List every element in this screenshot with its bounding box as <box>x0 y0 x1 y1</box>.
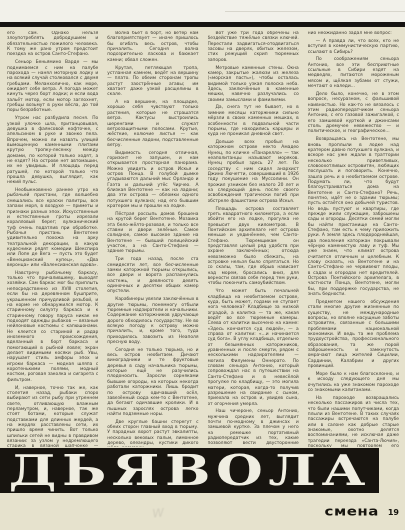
paragraph: Дело было, конечно, не в этом вопросе, н… <box>308 92 399 135</box>
paragraph: Видимость сегодня отличная, горизонт не … <box>107 151 198 210</box>
paragraph: Да, снега тут не бывает, но в зимние мес… <box>208 105 299 137</box>
scan-edge-line <box>225 11 405 12</box>
paragraph: Дольше всех пробыл на каторжном острове … <box>208 140 299 204</box>
paragraph: Необыкновенно раннее утро на рыбачьей пр… <box>7 188 98 268</box>
title-banner: ДЬЯВОЛА <box>0 448 379 493</box>
page-footer: смена 19 <box>325 501 399 519</box>
paragraph: Наш чичероне, сеньор Антонио, мужчина ср… <box>208 409 299 447</box>
paragraph: Море было к нам благосклонно, и к исходу… <box>308 372 399 393</box>
top-rule <box>0 22 405 27</box>
paragraph: По соображениям сеньора Антонио, все эти… <box>308 57 399 89</box>
paragraph: И, наверное, точно так же, как столетия … <box>7 386 98 448</box>
paragraph: Три года назад, после ста семидесяти лет… <box>107 257 198 294</box>
paragraph: его сам. Однако нельзя злоупотреблять до… <box>7 31 98 58</box>
paragraph: нио неожиданно задал мне вопрос: <box>308 31 399 36</box>
article-columns: его сам. Однако нельзя злоупотреблять до… <box>7 31 399 447</box>
page-number: 19 <box>388 508 399 517</box>
paragraph: Навстречу рыбачьему баркасу, только что … <box>7 271 98 383</box>
paragraph: Что может быть печальней кладбища на нео… <box>208 289 299 407</box>
paragraph: — А правда ли, что всех, кто не вступил … <box>308 39 399 55</box>
paragraph: Площадь острова составляет треть квадрат… <box>208 207 299 287</box>
magazine-logo: смена <box>325 504 379 519</box>
paragraph: Предметом нашего обсуждения стали многие… <box>308 300 399 369</box>
paragraph: А на вершине, на площадке, хорошо себя ч… <box>107 100 198 148</box>
paragraph: Метровые каменные стены. Окна камер, зак… <box>208 66 299 103</box>
paragraph: Волна бьёт в борт, но ветер нам благопри… <box>107 31 198 63</box>
paragraph: Карабинеры увезли заключённых в другие т… <box>107 297 198 345</box>
paragraph: Две круглые башни стерегут с обеих сторо… <box>107 420 198 447</box>
page-top-margin <box>0 0 405 22</box>
text-column-3: Вот уже три года обречены на бездействие… <box>208 31 299 447</box>
article-title-word: ДЬЯВОЛА <box>8 449 370 491</box>
scan-showthrough: w <box>151 502 165 521</box>
paragraph: Крутая, петляющая тропа, устланная камне… <box>107 66 198 98</box>
text-column-1: его сам. Однако нельзя злоупотреблять до… <box>7 31 98 447</box>
paragraph: Пёстрая россыпь домов брошена на крутой … <box>107 212 198 255</box>
paragraph: Утром нас разбудила песня. По узкой улоч… <box>7 116 98 185</box>
paragraph: Сеньор Беньямино Варде — мы поднимаемся … <box>7 60 98 113</box>
text-column-4: нио неожиданно задал мне вопрос:— А прав… <box>308 31 399 447</box>
text-column-2: Волна бьёт в борт, но ветер нам благопри… <box>107 31 198 447</box>
paragraph: Вот уже три года обречены на бездействие… <box>208 31 299 63</box>
paragraph: Возвращаясь на Вентотене, мы вновь пропл… <box>308 137 399 297</box>
paragraph: На пароходе возвращались несколько пасса… <box>308 396 399 447</box>
paragraph: Сегодня не только тюрьма, но и весь остр… <box>107 348 198 417</box>
magazine-page: его сам. Однако нельзя злоупотреблять до… <box>0 0 405 530</box>
